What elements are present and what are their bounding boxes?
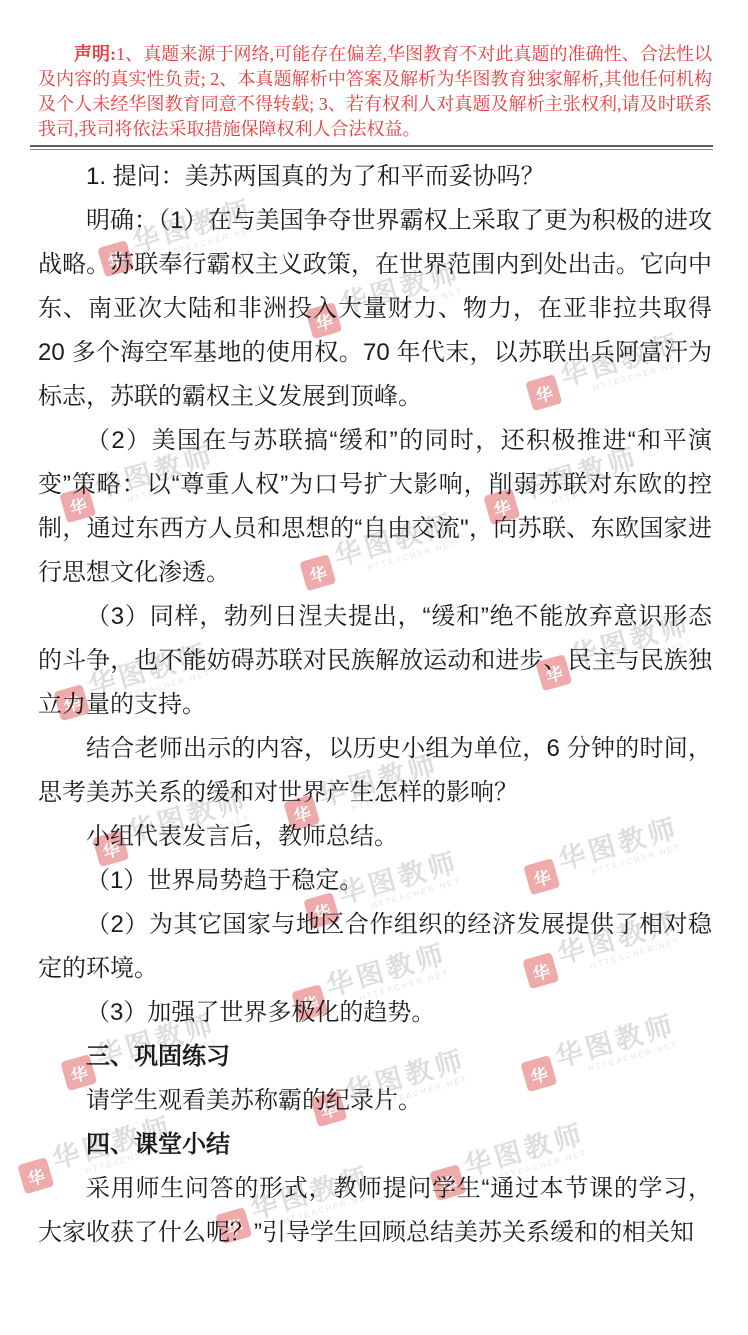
disclaimer-label: 声明: [74, 44, 116, 64]
paragraph: 1. 提问：美苏两国真的为了和平而妥协吗？ [38, 155, 712, 199]
section-heading: 四、课堂小结 [38, 1123, 712, 1167]
paragraph: 请学生观看美苏称霸的纪录片。 [38, 1079, 712, 1123]
paragraph: （2）美国在与苏联搞“缓和”的同时，还积极推进“和平演变”策略：以“尊重人权”为… [38, 419, 712, 595]
paragraph: 小组代表发言后，教师总结。 [38, 815, 712, 859]
section-heading: 三、巩固练习 [38, 1035, 712, 1079]
paragraph-list: 1. 提问：美苏两国真的为了和平而妥协吗？明确：（1）在与美国争夺世界霸权上采取… [38, 155, 712, 1255]
paragraph: （3）同样，勃列日涅夫提出，“缓和”绝不能放弃意识形态的斗争，也不能妨碍苏联对民… [38, 595, 712, 727]
divider-double-line [30, 145, 713, 150]
document-content: 声明:1、真题来源于网络,可能存在偏差,华图教育不对此真题的准确性、合法性以及内… [0, 0, 748, 1255]
paragraph: 结合老师出示的内容，以历史小组为单位，6 分钟的时间，思考美苏关系的缓和对世界产… [38, 727, 712, 815]
disclaimer-text: 1、真题来源于网络,可能存在偏差,华图教育不对此真题的准确性、合法性以及内容的真… [38, 44, 712, 139]
paragraph: 明确：（1）在与美国争夺世界霸权上采取了更为积极的进攻战略。苏联奉行霸权主义政策… [38, 199, 712, 419]
disclaimer: 声明:1、真题来源于网络,可能存在偏差,华图教育不对此真题的准确性、合法性以及内… [38, 42, 712, 142]
paragraph: （3）加强了世界多极化的趋势。 [38, 991, 712, 1035]
paragraph: （1）世界局势趋于稳定。 [38, 859, 712, 903]
paragraph: 采用师生问答的形式，教师提问学生“通过本节课的学习，大家收获了什么呢？”引导学生… [38, 1167, 712, 1255]
paragraph: （2）为其它国家与地区合作组织的经济发展提供了相对稳定的环境。 [38, 903, 712, 991]
document-page: 华华图教师HTTEACHER.NET华华图教师HTTEACHER.NET华华图教… [0, 0, 748, 1335]
